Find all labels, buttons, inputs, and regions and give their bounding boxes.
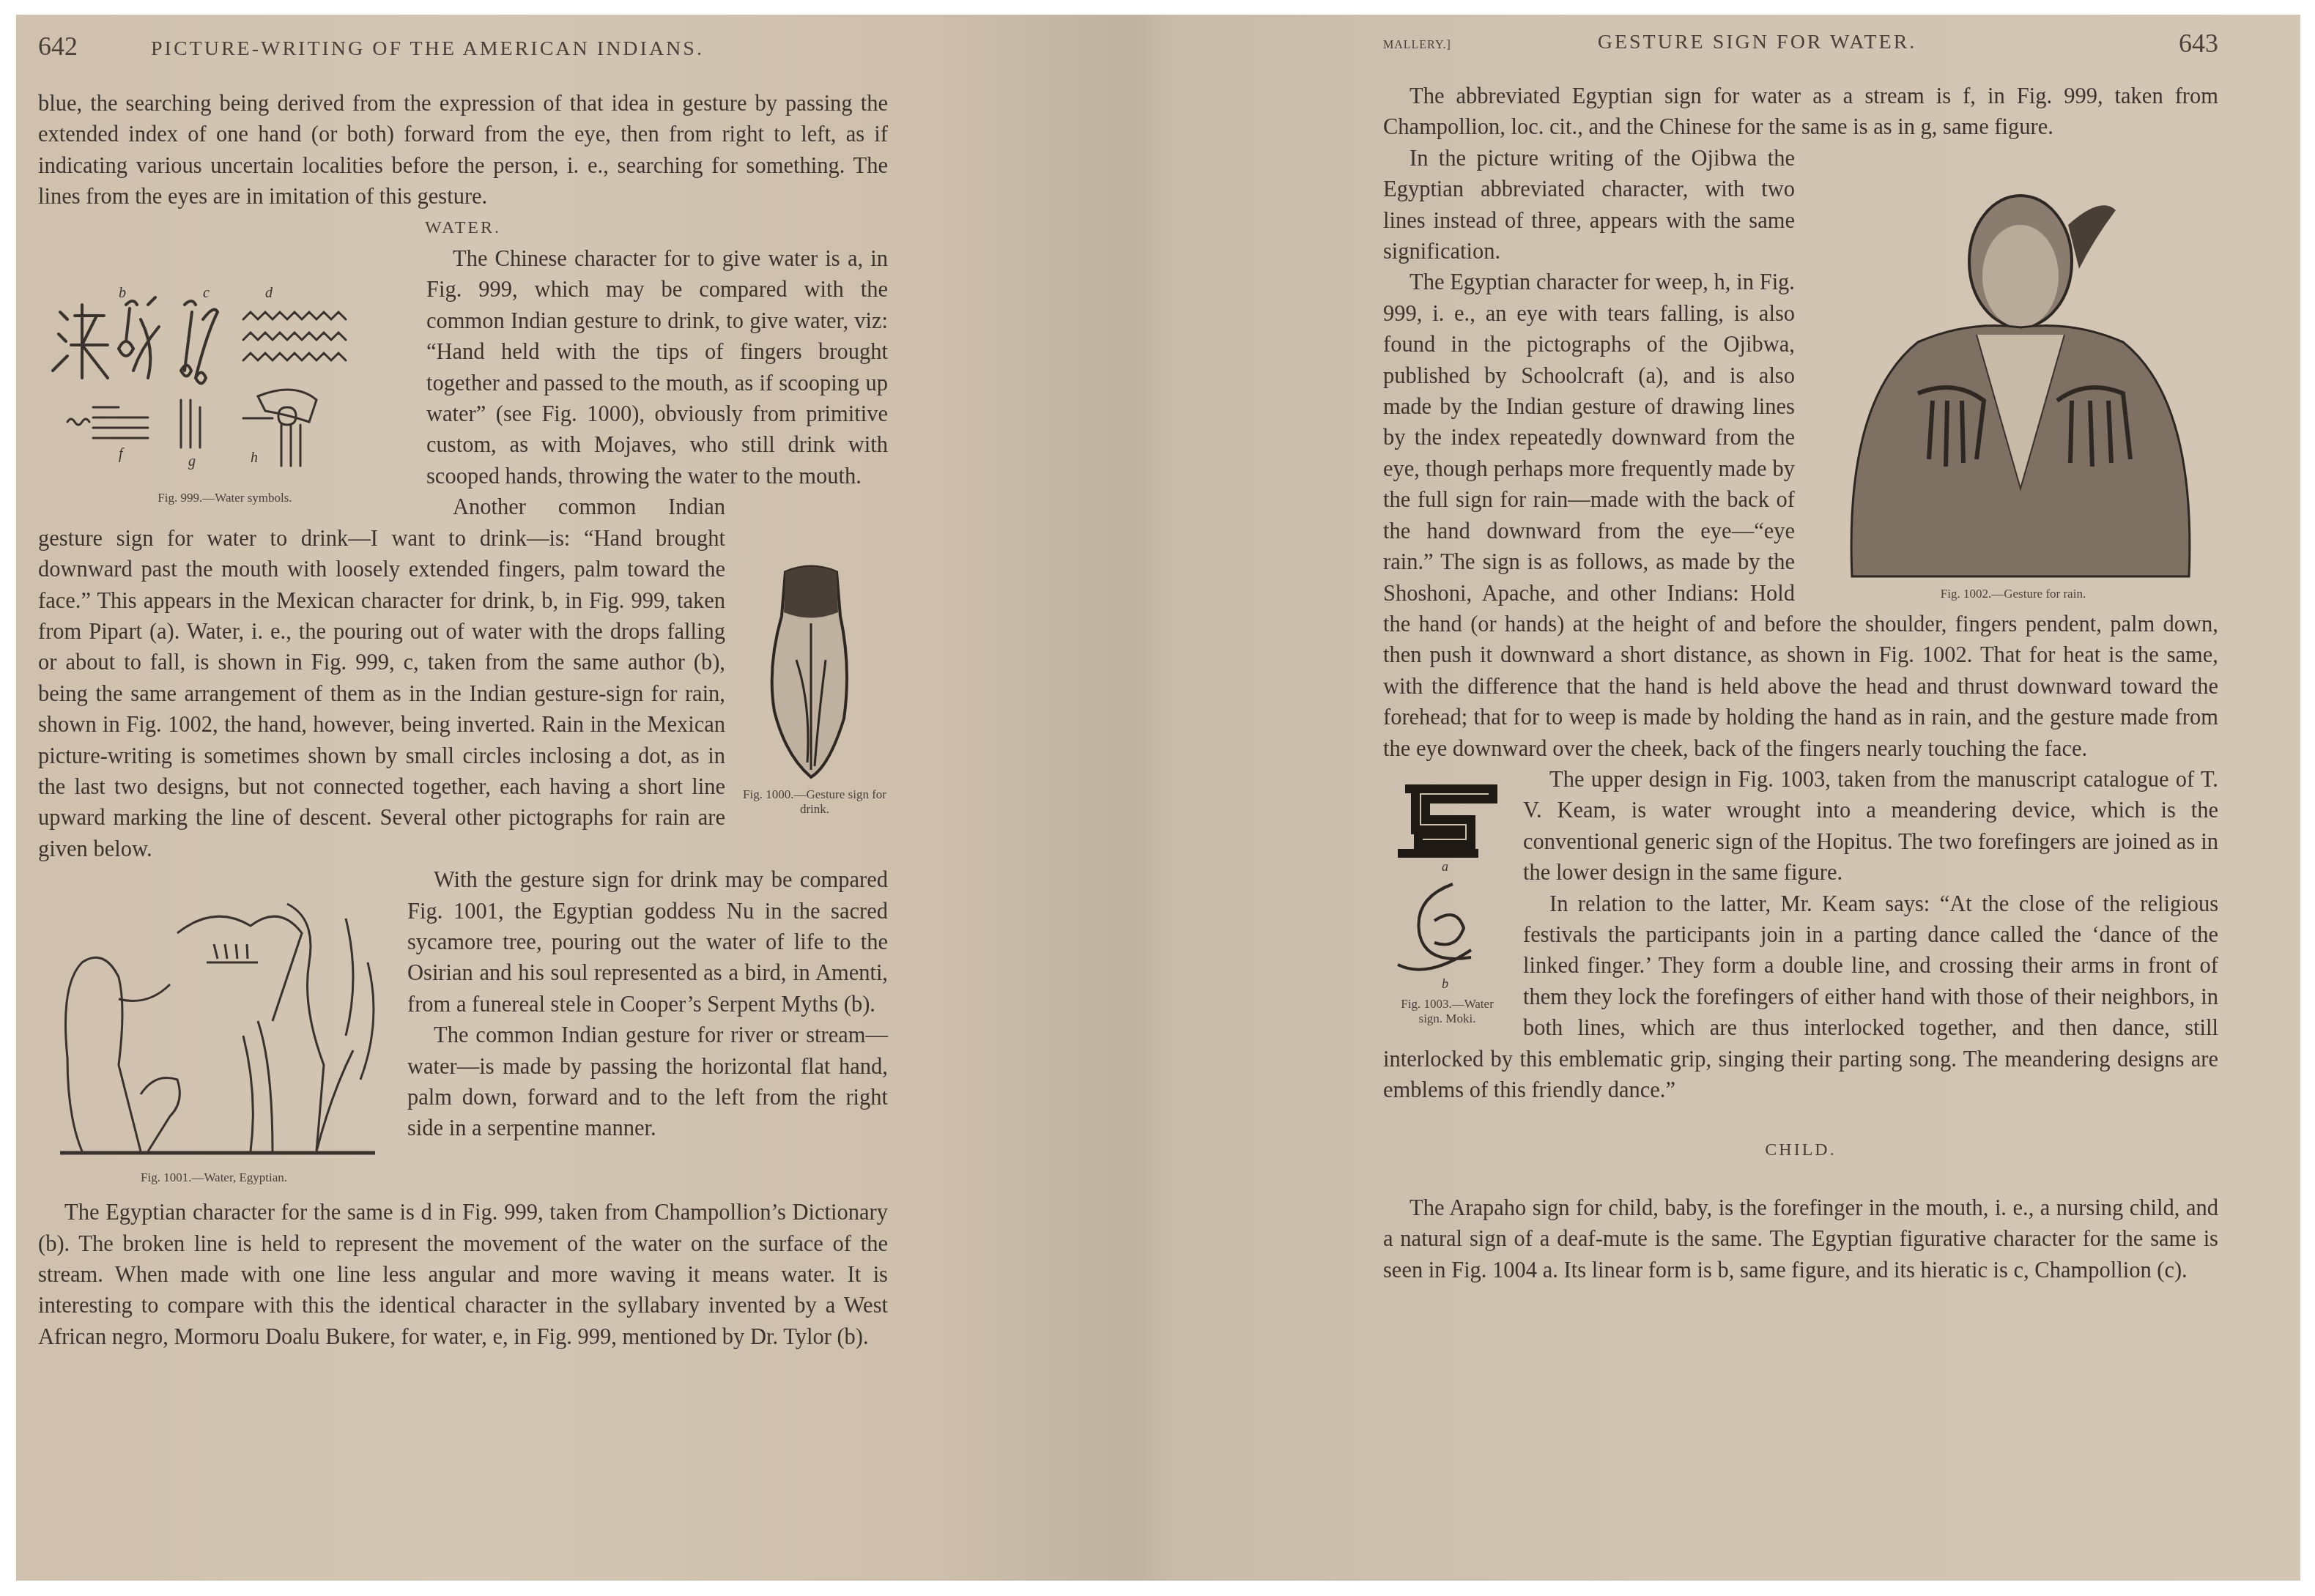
portrait-gesture-rain-icon	[1808, 181, 2218, 584]
hand-drink-gesture-icon	[741, 557, 888, 784]
fig999-label-h: h	[251, 450, 258, 466]
book-spread: 642 PICTURE-WRITING OF THE AMERICAN INDI…	[16, 15, 2300, 1581]
section-title-child: CHILD.	[1383, 1135, 2218, 1165]
fig999-label-d: d	[265, 285, 273, 301]
figure-1000: Fig. 1000.—Gesture sign for drink.	[741, 557, 888, 821]
fig1000-caption: Fig. 1000.—Gesture sign for drink.	[741, 787, 888, 817]
intro-paragraph: blue, the searching being derived from t…	[38, 88, 888, 212]
left-body: blue, the searching being derived from t…	[38, 88, 888, 1352]
page-number: 643	[2179, 28, 2218, 59]
fig1003-label-a: a	[1442, 859, 1448, 874]
page-number: 642	[38, 31, 78, 61]
left-page: 642 PICTURE-WRITING OF THE AMERICAN INDI…	[16, 15, 1144, 1581]
fig999-label-b: b	[119, 285, 126, 301]
right-page: MALLERY.] GESTURE SIGN FOR WATER. 643 Th…	[1144, 15, 2300, 1581]
running-title: GESTURE SIGN FOR WATER.	[1598, 31, 1917, 53]
fig999-caption: Fig. 999.—Water symbols.	[38, 491, 412, 505]
figure-1002: Fig. 1002.—Gesture for rain.	[1808, 181, 2218, 606]
running-title: PICTURE-WRITING OF THE AMERICAN INDIANS.	[151, 37, 704, 60]
figure-1003: a b Fig. 1003.—Water sign. Moki.	[1383, 774, 1511, 1023]
egyptian-goddess-nu-icon	[38, 875, 390, 1168]
fig1001-caption: Fig. 1001.—Water, Egyptian.	[38, 1170, 390, 1185]
right-running-head: MALLERY.] GESTURE SIGN FOR WATER. 643	[1383, 31, 2218, 54]
figure-999: b c d f g h Fig. 999.—Water symbols.	[38, 275, 412, 517]
paragraph-child: The Arapaho sign for child, baby, is the…	[1383, 1192, 2218, 1285]
fig1003-caption-line2: sign. Moki.	[1383, 1012, 1511, 1026]
running-author: MALLERY.]	[1383, 39, 1451, 51]
fig999-label-f: f	[119, 446, 125, 462]
section-title-water: WATER.	[38, 212, 888, 243]
water-symbols-icon: b c d f g h	[38, 275, 412, 488]
fig999-label-g: g	[188, 453, 196, 469]
paragraph-water-5: The Egyptian character for the same is d…	[38, 1197, 888, 1352]
left-running-head: 642 PICTURE-WRITING OF THE AMERICAN INDI…	[38, 31, 704, 62]
figure-1001: Fig. 1001.—Water, Egyptian.	[38, 875, 390, 1197]
paragraph-1: The abbreviated Egyptian sign for water …	[1383, 81, 2218, 143]
right-body: The abbreviated Egyptian sign for water …	[1383, 81, 2218, 1285]
fig1002-caption: Fig. 1002.—Gesture for rain.	[1808, 587, 2218, 601]
fig1003-label-b: b	[1442, 976, 1448, 991]
fig999-label-c: c	[203, 285, 210, 301]
fig1003-caption-line1: Fig. 1003.—Water	[1383, 997, 1511, 1012]
meander-water-sign-icon: a b	[1383, 774, 1511, 994]
